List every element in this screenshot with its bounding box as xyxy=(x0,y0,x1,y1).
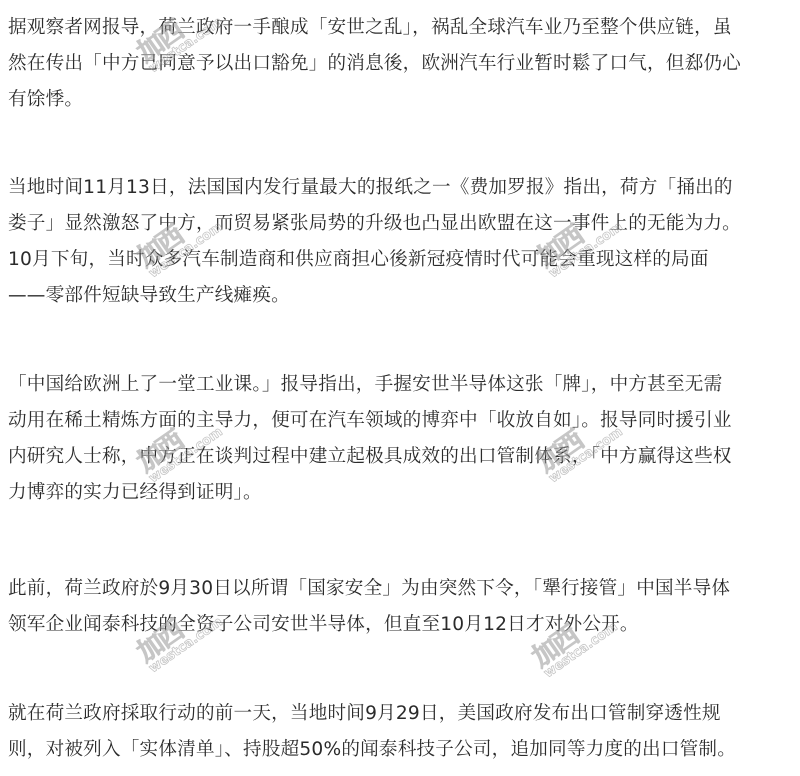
paragraph-2: 当地时间11月13日，法国国内发行量最大的报纸之一《费加罗报》指出，荷方「捅出的… xyxy=(8,170,741,314)
text-line: 内研究人士称，中方正在谈判过程中建立起极具成效的出口管制体系，「中方赢得这些权 xyxy=(8,439,732,475)
text-line: 「中国给欧洲上了一堂工业课。」报导指出，手握安世半导体这张「牌」，中方甚至无需 xyxy=(8,367,732,403)
text-line: 领军企业闻泰科技的全资子公司安世半导体，但直至10月12日才对外公开。 xyxy=(8,607,730,643)
text-line: 娄子」显然激怒了中方，而贸易紧张局势的升级也凸显出欧盟在这一事件上的无能为力。 xyxy=(8,206,741,242)
text-line: 当地时间11月13日，法国国内发行量最大的报纸之一《费加罗报》指出，荷方「捅出的 xyxy=(8,170,741,206)
text-line: 力博弈的实力已经得到证明」。 xyxy=(8,475,732,511)
text-line: 据观察者网报导，荷兰政府一手酿成「安世之乱」，祸乱全球汽车业乃至整个供应链，虽 xyxy=(8,10,741,46)
paragraph-5: 就在荷兰政府採取行动的前一天，当地时间9月29日，美国政府发布出口管制穿透性规 … xyxy=(8,696,736,768)
paragraph-4: 此前，荷兰政府於9月30日以所谓「国家安全」为由突然下令，「犟行接管」中国半导体… xyxy=(8,571,730,643)
text-line: 然在传出「中方已同意予以出口豁免」的消息後，欧洲汽车行业暂时鬆了口气，但郄仍心 xyxy=(8,46,741,82)
paragraph-1: 据观察者网报导，荷兰政府一手酿成「安世之乱」，祸乱全球汽车业乃至整个供应链，虽 … xyxy=(8,10,741,118)
text-line: 就在荷兰政府採取行动的前一天，当地时间9月29日，美国政府发布出口管制穿透性规 xyxy=(8,696,736,732)
text-line: 有馀悸。 xyxy=(8,82,741,118)
text-line: 10月下旬，当时众多汽车制造商和供应商担心後新冠疫情时代可能会重现这样的局面 xyxy=(8,242,741,278)
text-line: 则，对被列入「实体清单」、持股超50%的闻泰科技子公司，追加同等力度的出口管制。 xyxy=(8,732,736,768)
text-line: 此前，荷兰政府於9月30日以所谓「国家安全」为由突然下令，「犟行接管」中国半导体 xyxy=(8,571,730,607)
text-line: ——零部件短缺导致生产线瘫痪。 xyxy=(8,278,741,314)
paragraph-3: 「中国给欧洲上了一堂工业课。」报导指出，手握安世半导体这张「牌」，中方甚至无需 … xyxy=(8,367,732,511)
text-line: 动用在稀土精炼方面的主导力，便可在汽车领域的博弈中「收放自如」。报导同时援引业 xyxy=(8,403,732,439)
